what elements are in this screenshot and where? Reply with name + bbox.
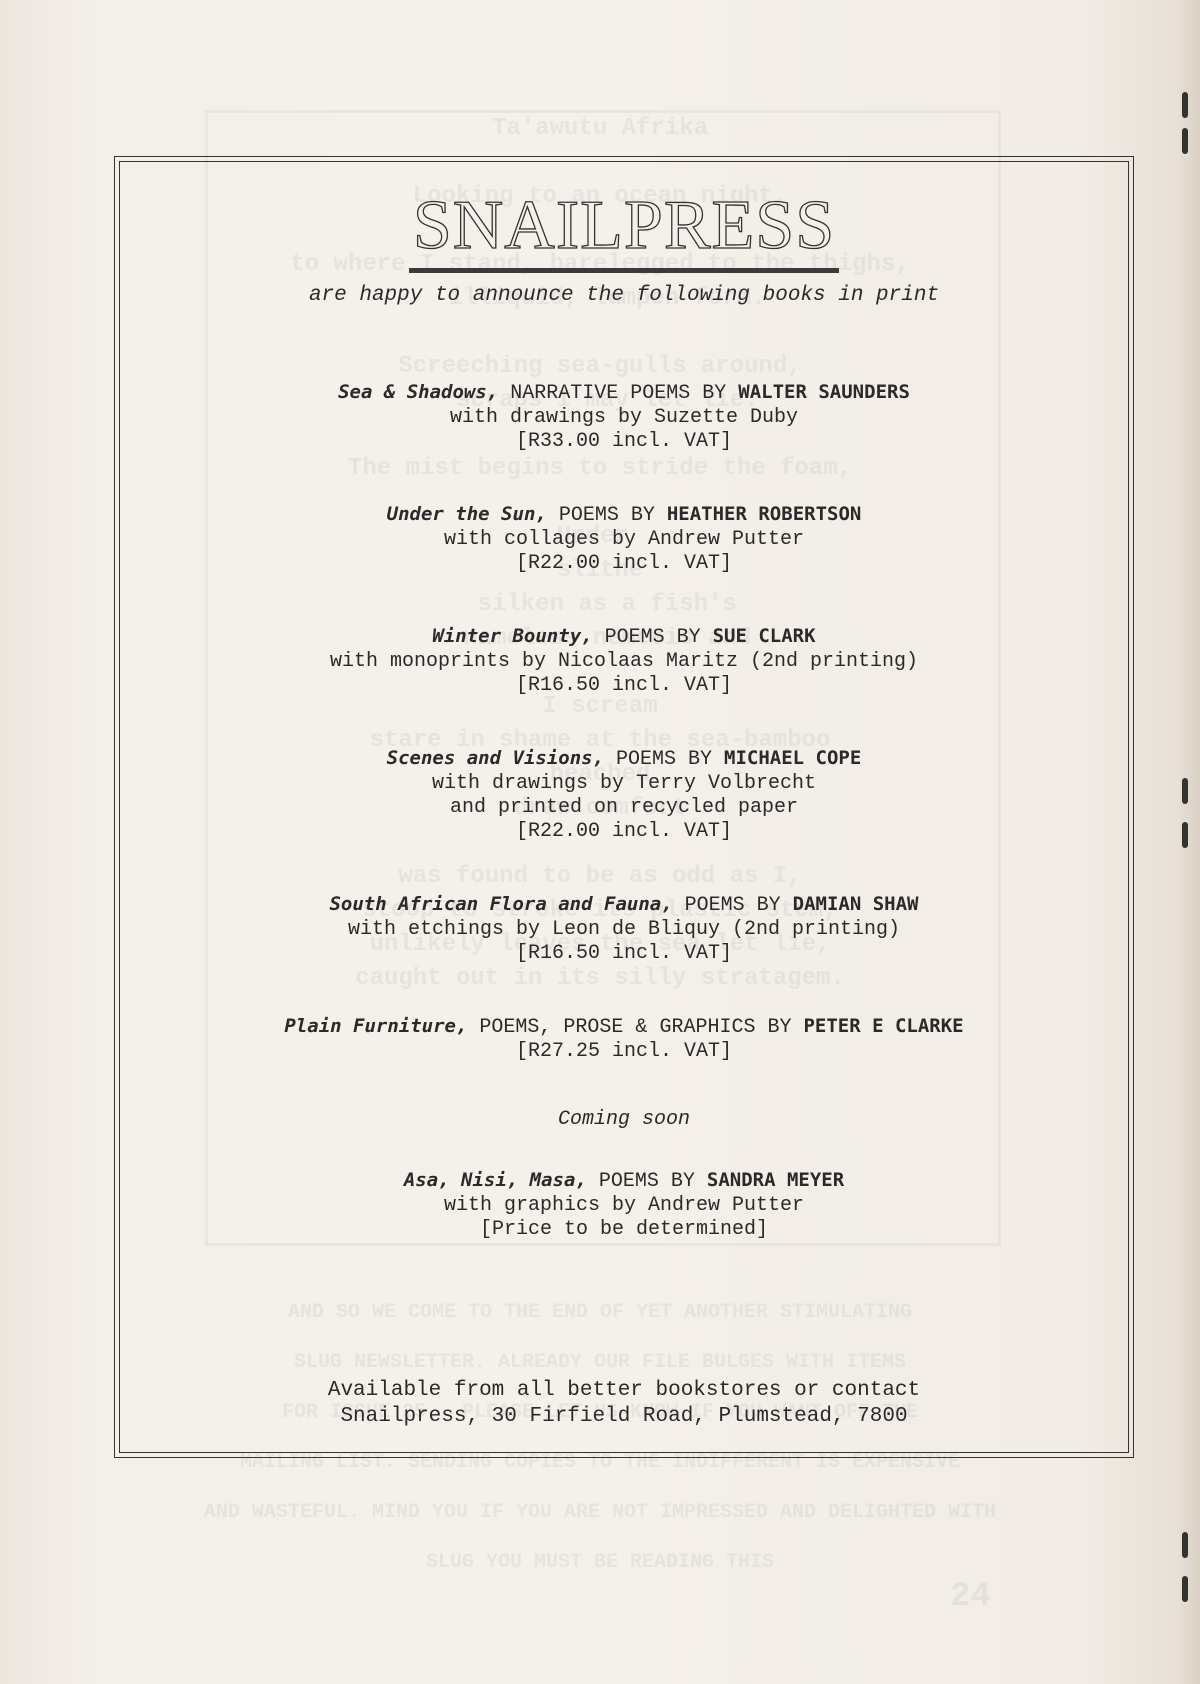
book-genre: POEMS BY <box>673 894 793 917</box>
book-heading: Scenes and Visions, POEMS BY MICHAEL COP… <box>120 746 1128 772</box>
book-illustration-credit: with etchings by Leon de Bliquy (2nd pri… <box>120 918 1128 942</box>
book-title: Sea & Shadows, <box>338 381 498 403</box>
book-heading: Asa, Nisi, Masa, POEMS BY SANDRA MEYER <box>120 1168 1128 1194</box>
binder-clip <box>1182 822 1188 848</box>
address-line: Snailpress, 30 Firfield Road, Plumstead,… <box>120 1404 1128 1430</box>
book-genre: POEMS BY <box>547 504 667 527</box>
book-heading: Winter Bounty, POEMS BY SUE CLARK <box>120 624 1128 650</box>
book-heading: Plain Furniture, POEMS, PROSE & GRAPHICS… <box>120 1014 1128 1040</box>
availability-line: Available from all better bookstores or … <box>120 1378 1128 1404</box>
book-title: South African Flora and Fauna, <box>329 893 672 915</box>
book-genre: POEMS BY <box>587 1170 707 1193</box>
book-heading: Under the Sun, POEMS BY HEATHER ROBERTSO… <box>120 502 1128 528</box>
book-price: [R16.50 incl. VAT] <box>120 674 1128 698</box>
contact-info: Available from all better bookstores or … <box>120 1378 1128 1430</box>
book-heading: South African Flora and Fauna, POEMS BY … <box>120 892 1128 918</box>
book-entry-coming-soon: Asa, Nisi, Masa, POEMS BY SANDRA MEYER w… <box>120 1168 1128 1242</box>
books-list: Sea & Shadows, NARRATIVE POEMS BY WALTER… <box>120 380 1128 1290</box>
book-genre: POEMS BY <box>604 748 724 771</box>
binder-clip <box>1182 128 1188 154</box>
book-author: DAMIAN SHAW <box>793 893 919 915</box>
book-illustration-credit: with collages by Andrew Putter <box>120 528 1128 552</box>
book-illustration-credit: with drawings by Suzette Duby <box>120 406 1128 430</box>
book-heading: Sea & Shadows, NARRATIVE POEMS BY WALTER… <box>120 380 1128 406</box>
book-illustration-credit: with monoprints by Nicolaas Maritz (2nd … <box>120 650 1128 674</box>
book-title: Plain Furniture, <box>284 1015 467 1037</box>
book-price: [R22.00 incl. VAT] <box>120 552 1128 576</box>
book-author: PETER E CLARKE <box>803 1015 963 1037</box>
book-illustration-credit: with graphics by Andrew Putter <box>120 1194 1128 1218</box>
book-price: [Price to be determined] <box>120 1218 1128 1242</box>
book-author: MICHAEL COPE <box>724 747 861 769</box>
coming-soon-heading: Coming soon <box>120 1108 1128 1132</box>
book-price: [R33.00 incl. VAT] <box>120 430 1128 454</box>
book-entry: Under the Sun, POEMS BY HEATHER ROBERTSO… <box>120 502 1128 576</box>
bleed-through-page-number: 24 <box>950 1580 991 1614</box>
book-author: SUE CLARK <box>713 625 816 647</box>
tagline: are happy to announce the following book… <box>120 284 1128 307</box>
book-author: WALTER SAUNDERS <box>738 381 910 403</box>
book-title: Winter Bounty, <box>432 625 592 647</box>
announcement-frame-inner: SNAILPRESS are happy to announce the fol… <box>119 161 1129 1453</box>
book-title: Under the Sun, <box>387 503 547 525</box>
book-entry: South African Flora and Fauna, POEMS BY … <box>120 892 1128 966</box>
book-illustration-credit: with drawings by Terry Volbrecht <box>120 772 1128 796</box>
binder-clip <box>1182 1532 1188 1558</box>
masthead: SNAILPRESS <box>120 188 1128 273</box>
book-price: [R27.25 incl. VAT] <box>120 1040 1128 1064</box>
book-title: Asa, Nisi, Masa, <box>404 1169 587 1191</box>
book-entry: Sea & Shadows, NARRATIVE POEMS BY WALTER… <box>120 380 1128 454</box>
binder-clip <box>1182 778 1188 804</box>
book-price: [R16.50 incl. VAT] <box>120 942 1128 966</box>
book-genre: POEMS BY <box>593 626 713 649</box>
book-entry: Plain Furniture, POEMS, PROSE & GRAPHICS… <box>120 1014 1128 1064</box>
binder-clip <box>1182 92 1188 118</box>
book-author: SANDRA MEYER <box>707 1169 844 1191</box>
book-printing-note: and printed on recycled paper <box>120 796 1128 820</box>
book-entry: Scenes and Visions, POEMS BY MICHAEL COP… <box>120 746 1128 844</box>
book-author: HEATHER ROBERTSON <box>667 503 861 525</box>
binder-clip <box>1182 1576 1188 1602</box>
book-title: Scenes and Visions, <box>387 747 604 769</box>
announcement-frame: SNAILPRESS are happy to announce the fol… <box>114 156 1134 1458</box>
book-genre: NARRATIVE POEMS BY <box>498 382 738 405</box>
book-genre: POEMS, PROSE & GRAPHICS BY <box>467 1016 803 1039</box>
book-entry: Winter Bounty, POEMS BY SUE CLARK with m… <box>120 624 1128 698</box>
book-price: [R22.00 incl. VAT] <box>120 820 1128 844</box>
publisher-logo: SNAILPRESS <box>409 188 839 273</box>
